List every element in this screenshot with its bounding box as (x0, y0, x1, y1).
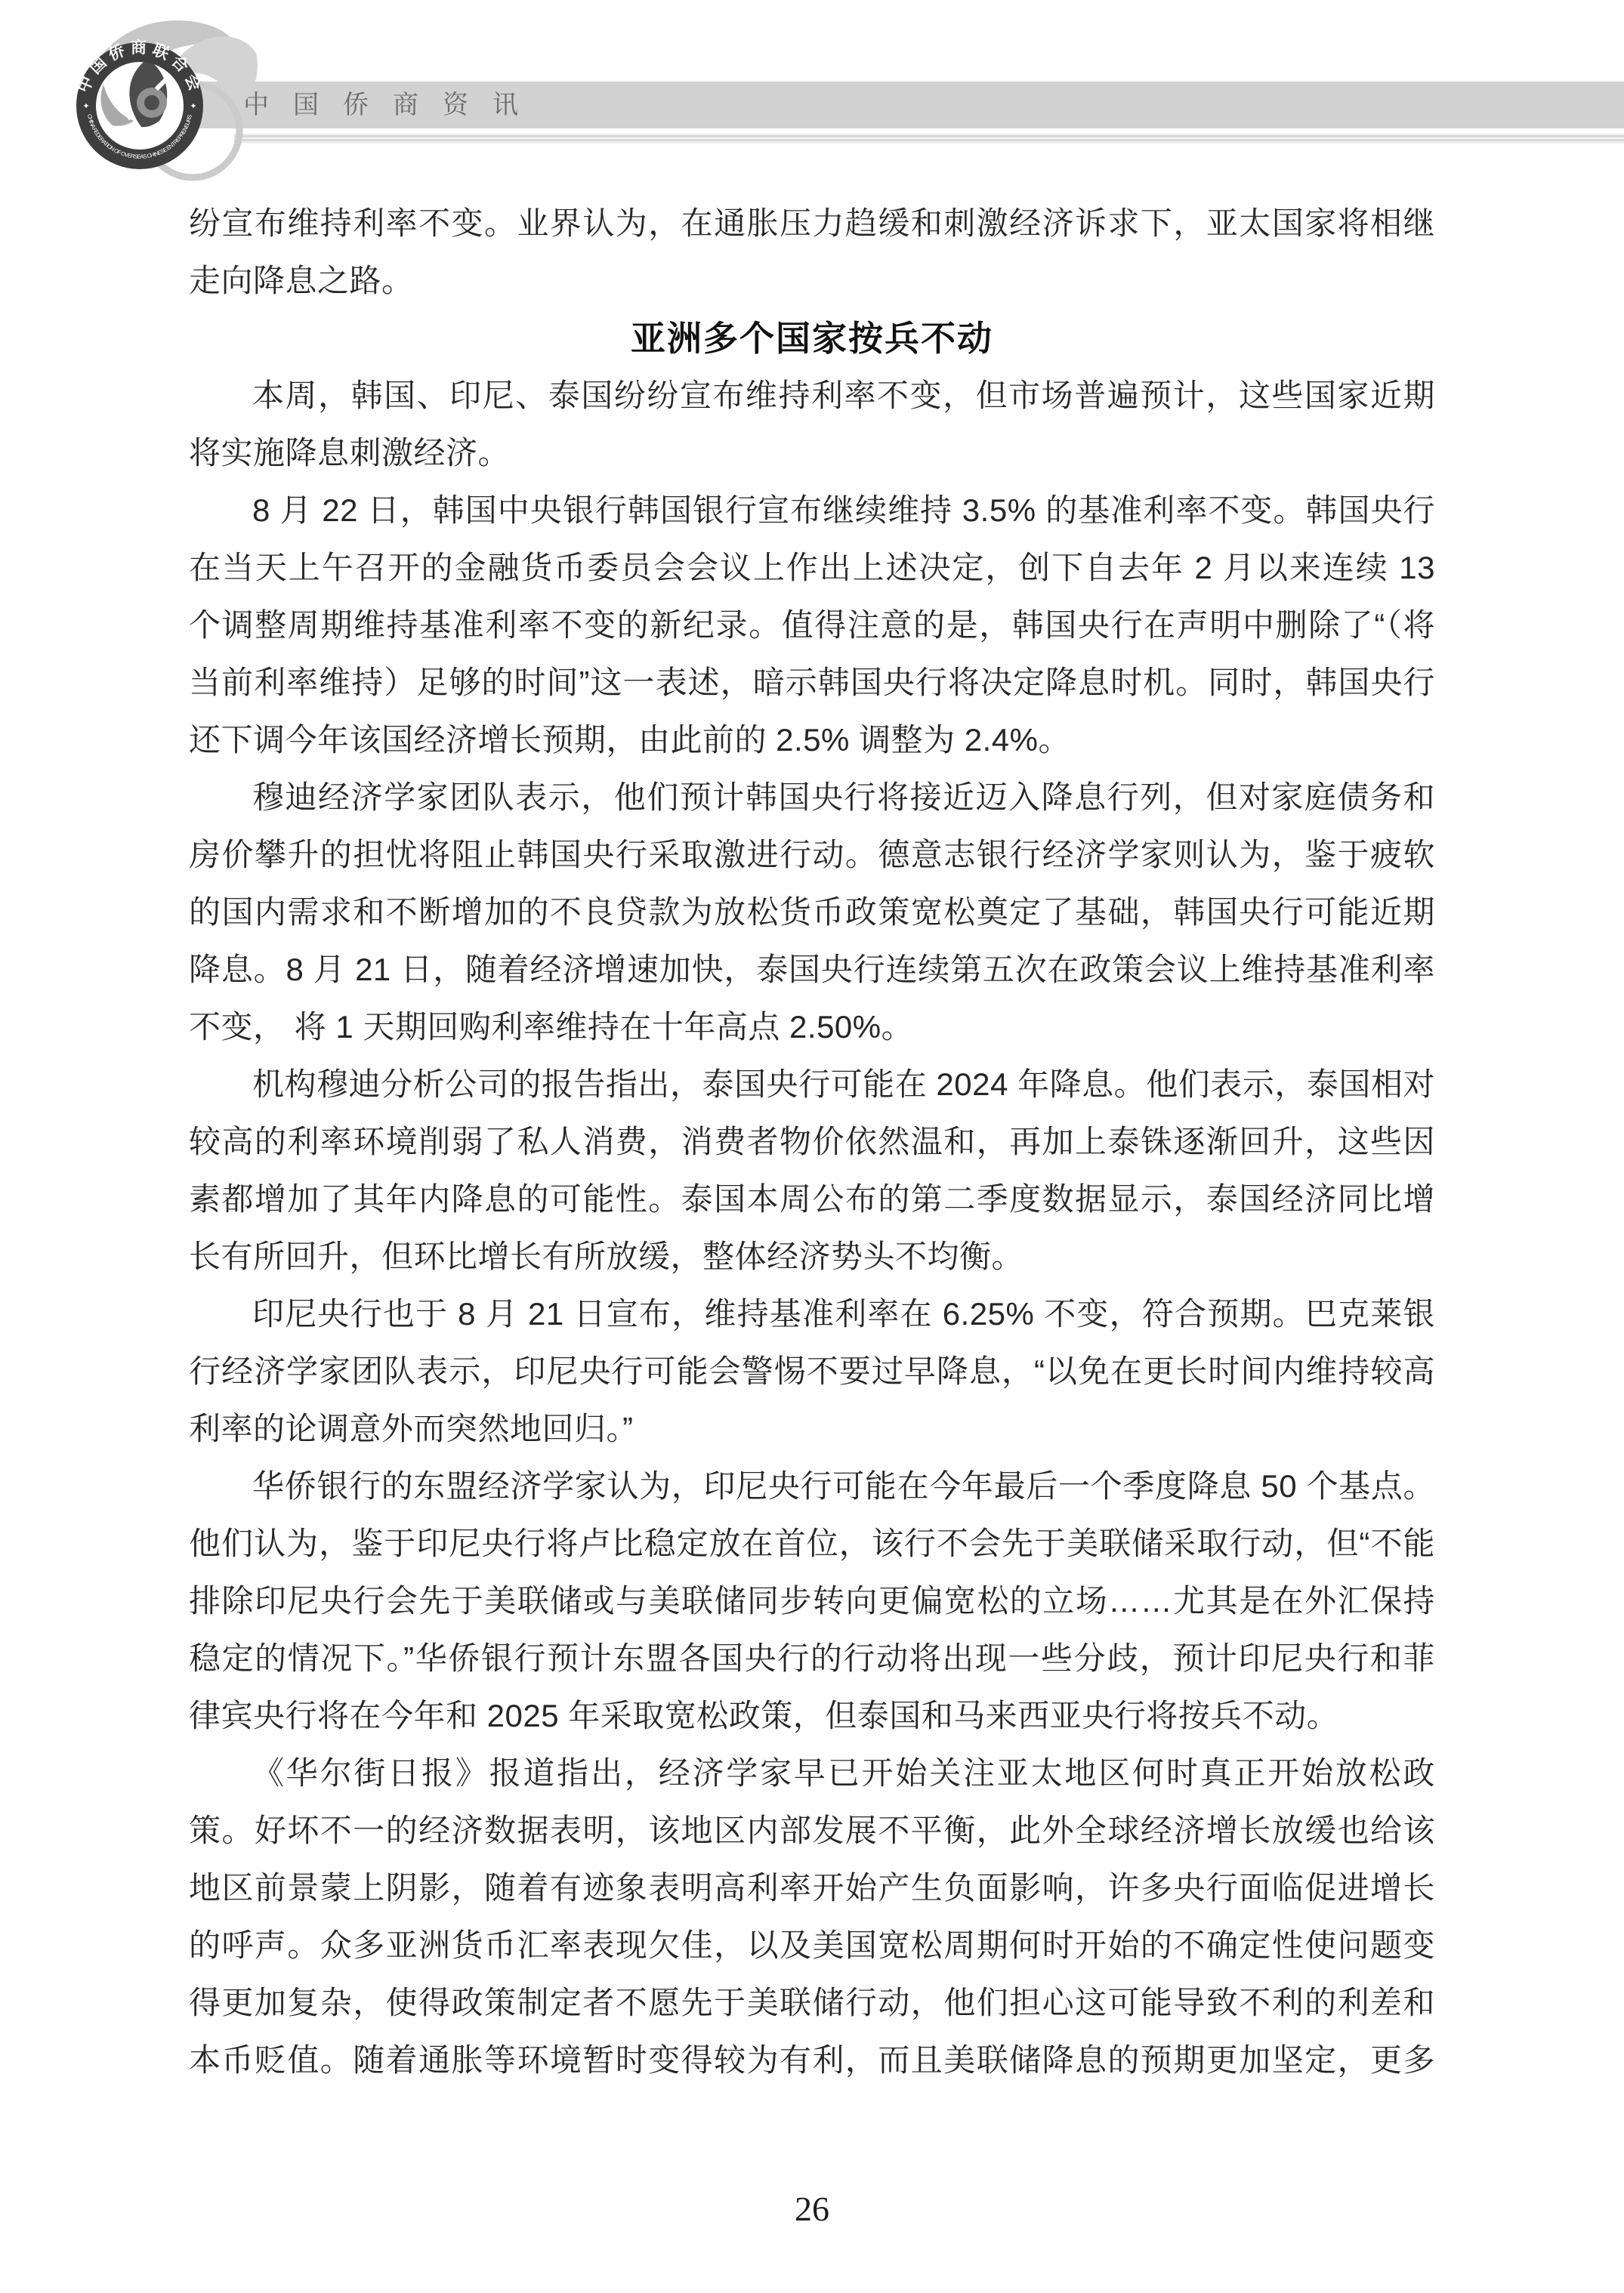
article-paragraph: 《华尔街日报》报道指出，经济学家早已开始关注亚太地区何时真正开始放松政策。好坏不… (189, 1745, 1435, 2098)
article-paragraph: 穆迪经济学家团队表示，他们预计韩国央行将接近迈入降息行列，但对家庭债务和房价攀升… (189, 769, 1435, 1056)
article-paragraph: 印尼央行也于 8 月 21 日宣布，维持基准利率在 6.25% 不变，符合预期。… (189, 1285, 1435, 1458)
page-number: 26 (189, 2189, 1435, 2229)
section-heading: 亚洲多个国家按兵不动 (189, 310, 1435, 367)
article-paragraph: 本周，韩国、印尼、泰国纷纷宣布维持利率不变，但市场普遍预计，这些国家近期将实施降… (189, 367, 1435, 482)
emblem-separator-icon: ✦ (190, 102, 196, 111)
federation-logo-icon: 中国侨商联合会 CHINA FEDERATION OF OVERSEAS CHI… (42, 6, 261, 181)
masthead-stripe (234, 134, 1624, 144)
masthead-title: 中国侨商资讯 (243, 82, 542, 128)
continuation-paragraph: 纷宣布维持利率不变。业界认为，在通胀压力趋缓和刺激经济诉求下，亚太国家将相继走向… (189, 195, 1435, 310)
document-page: 中国侨商资讯 中国侨商联合会 (0, 0, 1624, 2293)
emblem-separator-icon: ✦ (82, 102, 89, 111)
article-paragraph: 机构穆迪分析公司的报告指出，泰国央行可能在 2024 年降息。他们表示，泰国相对… (189, 1056, 1435, 1285)
article-paragraph: 8 月 22 日，韩国中央银行韩国银行宣布继续维持 3.5% 的基准利率不变。韩… (189, 482, 1435, 769)
article-body: 纷宣布维持利率不变。业界认为，在通胀压力趋缓和刺激经济诉求下，亚太国家将相继走向… (189, 195, 1435, 2098)
article-paragraph: 华侨银行的东盟经济学家认为，印尼央行可能在今年最后一个季度降息 50 个基点。他… (189, 1458, 1435, 1745)
